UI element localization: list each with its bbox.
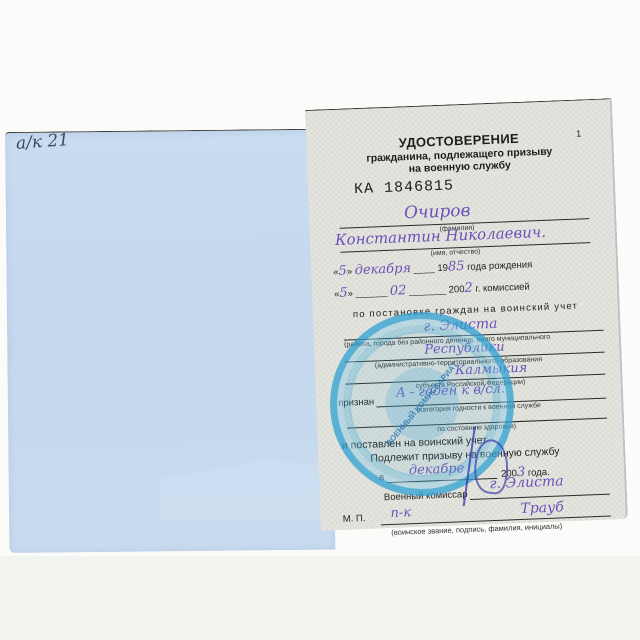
- commission-date-row: «5» ______ 02 _______ 2002 г. комиссией: [334, 279, 530, 302]
- commission-day: 5: [339, 286, 348, 301]
- surname-value: Очиров: [404, 201, 471, 224]
- page-fold: [158, 460, 335, 522]
- commission-month: 02: [390, 283, 407, 299]
- serial-number: КА 1846815: [354, 177, 455, 198]
- commission-year-prefix: 200: [448, 284, 464, 296]
- background-strip: [0, 556, 640, 640]
- mp-label: М. П.: [343, 513, 366, 525]
- commission-suffix: г. комиссией: [475, 282, 530, 295]
- name-label: (имя, отчество): [430, 248, 480, 257]
- signature-mark: [463, 427, 526, 513]
- birth-date-row: «5» декабря ____ 1985 года рождения: [333, 256, 533, 279]
- left-page: [5, 129, 335, 553]
- commissar-name: Трауб: [520, 499, 564, 517]
- rank-value: п-к: [390, 505, 411, 521]
- stamp-text: ВОЕННЫЙ КОМИССАРИАТ: [384, 360, 459, 447]
- birth-day: 5: [338, 264, 347, 279]
- birth-month: декабря: [354, 261, 411, 278]
- birth-year-prefix: 19: [437, 263, 448, 274]
- commission-year-suffix: 2: [464, 281, 473, 296]
- handwritten-note: а/к 21: [15, 130, 69, 154]
- birth-year-suffix: 85: [448, 259, 465, 275]
- birth-suffix: года рождения: [467, 259, 533, 272]
